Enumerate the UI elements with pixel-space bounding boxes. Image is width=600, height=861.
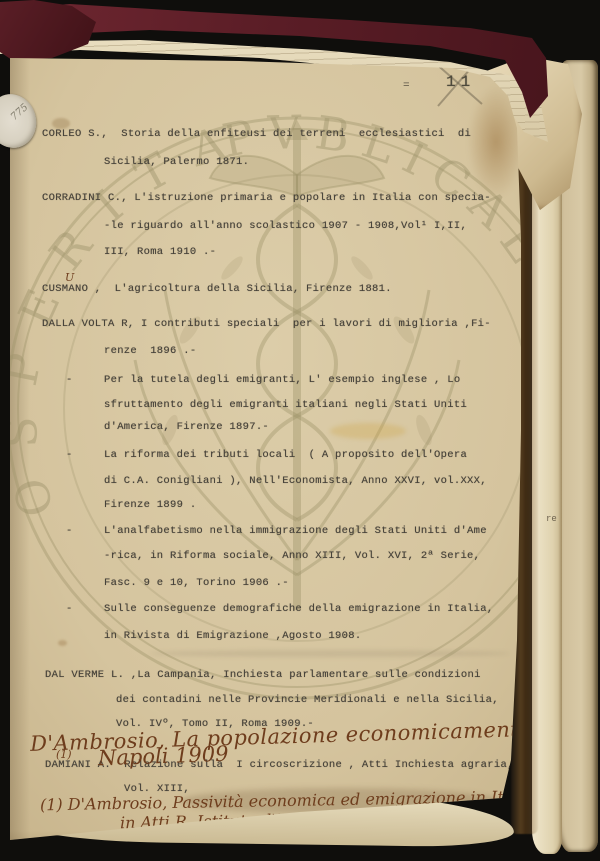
bibliography-line: L'analfabetismo nella immigrazione degli… — [104, 525, 487, 538]
bibliography-line: CORRADINI C., L'istruzione primaria e po… — [42, 192, 491, 205]
handwritten-ref-mark: (1) — [56, 748, 72, 761]
bibliography-line: di C.A. Conigliani ), Nell'Economista, A… — [104, 475, 487, 488]
paper-stain — [330, 423, 406, 439]
bibliography-line: DALLA VOLTA R, I contributi speciali per… — [42, 318, 491, 331]
bibliography-line: CORLEO S., Storia della enfiteusi dei te… — [42, 128, 471, 141]
bibliography-line: Sicilia, Palermo 1871. — [104, 156, 249, 169]
bibliography-line: d'America, Firenze 1897.- — [104, 421, 269, 434]
handwritten-insert-line2: Napoli 1909 — [98, 742, 229, 771]
bibliography-line: renze 1896 .- — [104, 345, 196, 358]
bibliography-line: Fasc. 9 e 10, Torino 1906 .- — [104, 577, 289, 590]
handwritten-correction-letter: U — [65, 271, 74, 284]
seal-snake-right — [258, 205, 336, 520]
behind-page-text-fragment: re — [546, 514, 557, 524]
seal-branch — [135, 360, 297, 575]
bibliography-line: -rica, in Riforma sociale, Anno XIII, Vo… — [104, 550, 480, 563]
bibliography-line: DAL VERME L. ,La Campania, Inchiesta par… — [45, 669, 481, 682]
seal-right-wing — [297, 156, 384, 196]
repeat-author-dash: - — [66, 603, 73, 616]
bibliography-line: dei contadini nelle Provincie Meridional… — [116, 694, 499, 707]
foxing-spot — [58, 640, 67, 646]
ink-ghost-smudge — [150, 650, 510, 657]
repeat-author-dash: - — [66, 525, 73, 538]
sticker-label: 775 — [9, 102, 31, 123]
bibliography-line: Per la tutela degli emigranti, L' esempi… — [104, 374, 460, 387]
repeat-author-dash: - — [66, 374, 73, 387]
seal-snake-left — [258, 205, 336, 520]
seal-branch — [297, 360, 459, 575]
bibliography-line: CUSMANO , L'agricoltura della Sicilia, F… — [42, 283, 392, 296]
page-number: 11 — [446, 73, 475, 91]
bibliography-line: in Rivista di Emigrazione ,Agosto 1908. — [104, 630, 361, 643]
page-number-prefix: = — [403, 80, 411, 92]
bibliography-line: Sulle conseguenze demografiche della emi… — [104, 603, 493, 616]
document-page: OSPERITA PVBLICAE = 11 CORLEO S., Storia… — [0, 0, 600, 861]
repeat-author-dash: - — [66, 449, 73, 462]
bibliography-line: sfruttamento degli emigranti italiani ne… — [104, 399, 467, 412]
bibliography-line: III, Roma 1910 .- — [104, 246, 216, 259]
bibliography-line: -le riguardo all'anno scolastico 1907 - … — [104, 220, 467, 233]
bibliography-line: La riforma dei tributi locali ( A propos… — [104, 449, 467, 462]
bibliography-line: Firenze 1899 . — [104, 499, 196, 512]
